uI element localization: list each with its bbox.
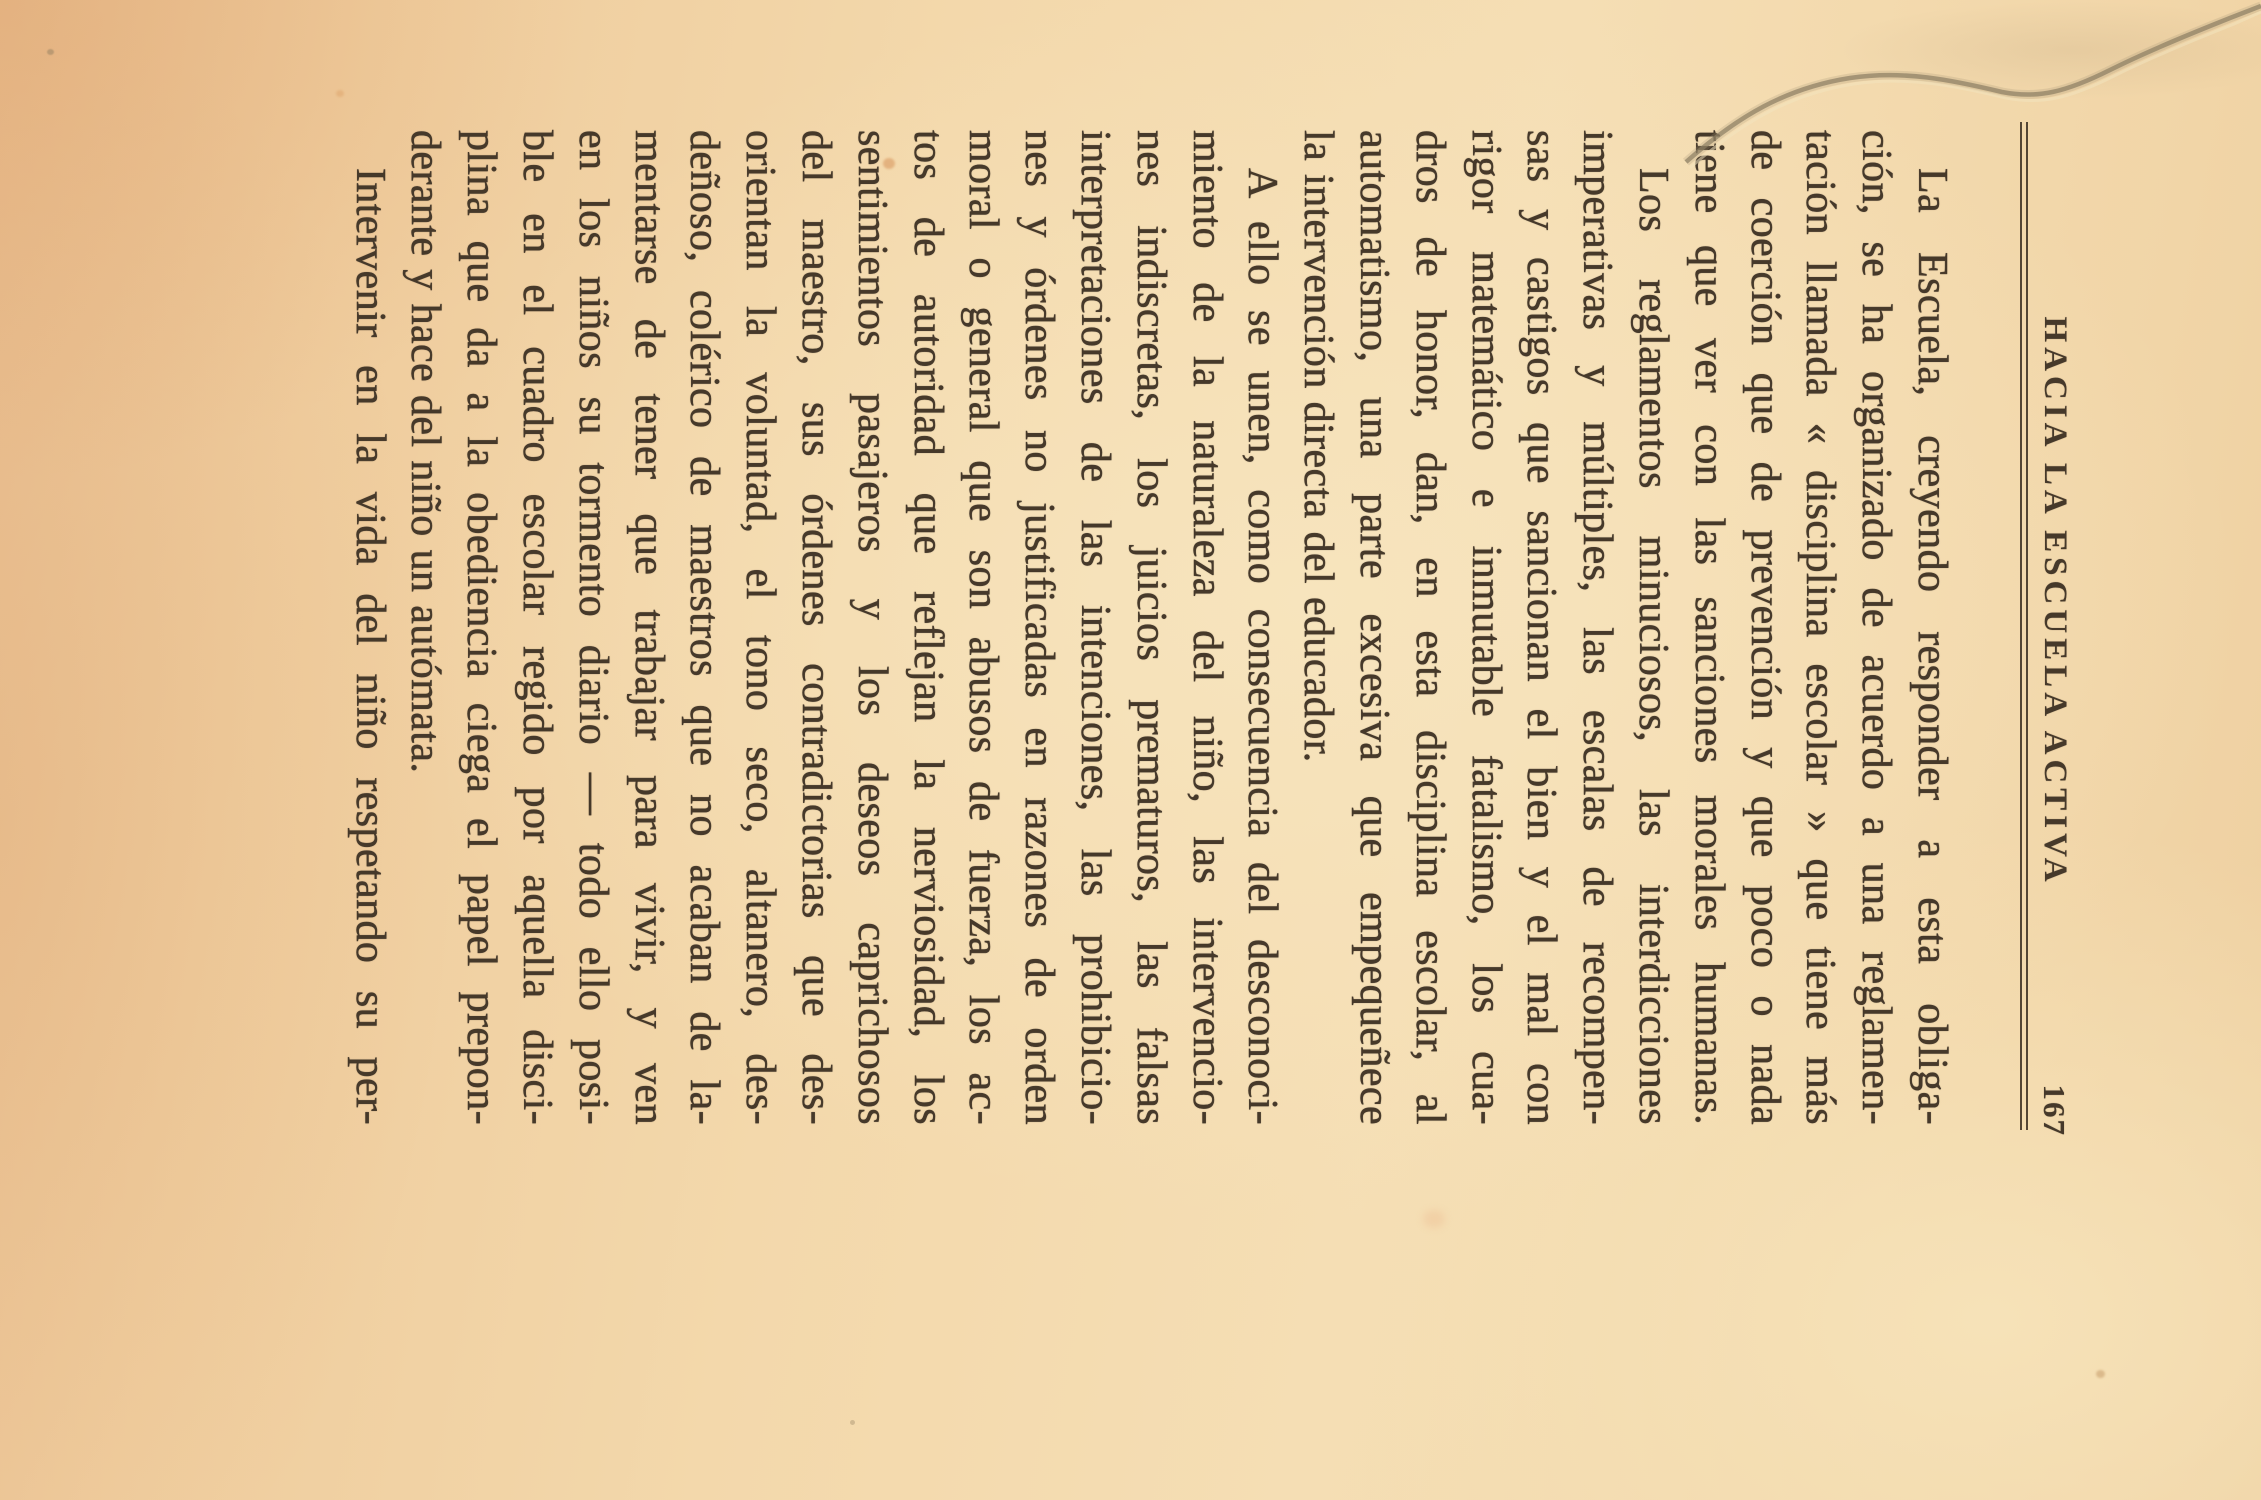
running-head: HACIA LA ESCUELA ACTIVA 167 <box>2033 130 2073 1137</box>
text-line: del maestro, sus órdenes contradictorias… <box>787 130 843 1125</box>
page-scan: HACIA LA ESCUELA ACTIVA 167 La Escuela, … <box>0 0 2261 1500</box>
page-number: 167 <box>2036 1085 2072 1138</box>
text-line: deñoso, colérico de maestros que no acab… <box>676 130 732 1125</box>
text-line: A ello se unen, como consecuencia del de… <box>1234 130 1290 1125</box>
text-line: mentarse de tener que trabajar para vivi… <box>620 130 676 1125</box>
text-line: nes indiscretas, los juicios prematuros,… <box>1122 130 1178 1125</box>
text-line: la intervención directa del educador. <box>1289 130 1345 1125</box>
double-rule <box>2020 122 2028 1130</box>
text-line: ble en el cuadro escolar regido por aque… <box>508 130 564 1125</box>
text-line: ción, se ha organizado de acuerdo a una … <box>1847 130 1903 1125</box>
text-line: sas y castigos que sancionan el bien y e… <box>1513 130 1569 1125</box>
text-line: moral o general que son abusos de fuerza… <box>955 130 1011 1125</box>
text-line: interpretaciones de las intenciones, las… <box>1066 130 1122 1125</box>
body-text: La Escuela, creyendo responder a esta ob… <box>341 130 1959 1125</box>
text-line: tos de autoridad que reflejan la nervios… <box>899 130 955 1125</box>
text-line: derante y hace del niño un autómata. <box>397 130 453 1125</box>
text-line: miento de la naturaleza del niño, las in… <box>1178 130 1234 1125</box>
text-line: orientan la voluntad, el tono seco, alta… <box>731 130 787 1125</box>
running-head-title: HACIA LA ESCUELA ACTIVA <box>2036 130 2073 1073</box>
text-line: en los niños su tormento diario — todo e… <box>564 130 620 1125</box>
text-line: dros de honor, dan, en esta disciplina e… <box>1401 130 1457 1125</box>
text-line: La Escuela, creyendo responder a esta ob… <box>1903 130 1959 1125</box>
text-line: sentimientos pasajeros y los deseos capr… <box>843 130 899 1125</box>
text-line: Intervenir en la vida del niño respetand… <box>341 130 397 1125</box>
text-line: automatismo, una parte excesiva que empe… <box>1345 130 1401 1125</box>
text-line: tación llamada « disciplina escolar » qu… <box>1792 130 1848 1125</box>
text-line: imperativas y múltiples, las escalas de … <box>1568 130 1624 1125</box>
text-line: rigor matemático e inmutable fatalismo, … <box>1457 130 1513 1125</box>
text-line: tiene que ver con las sanciones morales … <box>1680 130 1736 1125</box>
text-line: Los reglamentos minuciosos, las interdic… <box>1624 130 1680 1125</box>
text-line: de coerción que de prevención y que poco… <box>1736 130 1792 1125</box>
page-content: HACIA LA ESCUELA ACTIVA 167 La Escuela, … <box>0 0 2261 1500</box>
text-line: nes y órdenes no justificadas en razones… <box>1010 130 1066 1125</box>
text-line: plina que da a la obediencia ciega el pa… <box>452 130 508 1125</box>
